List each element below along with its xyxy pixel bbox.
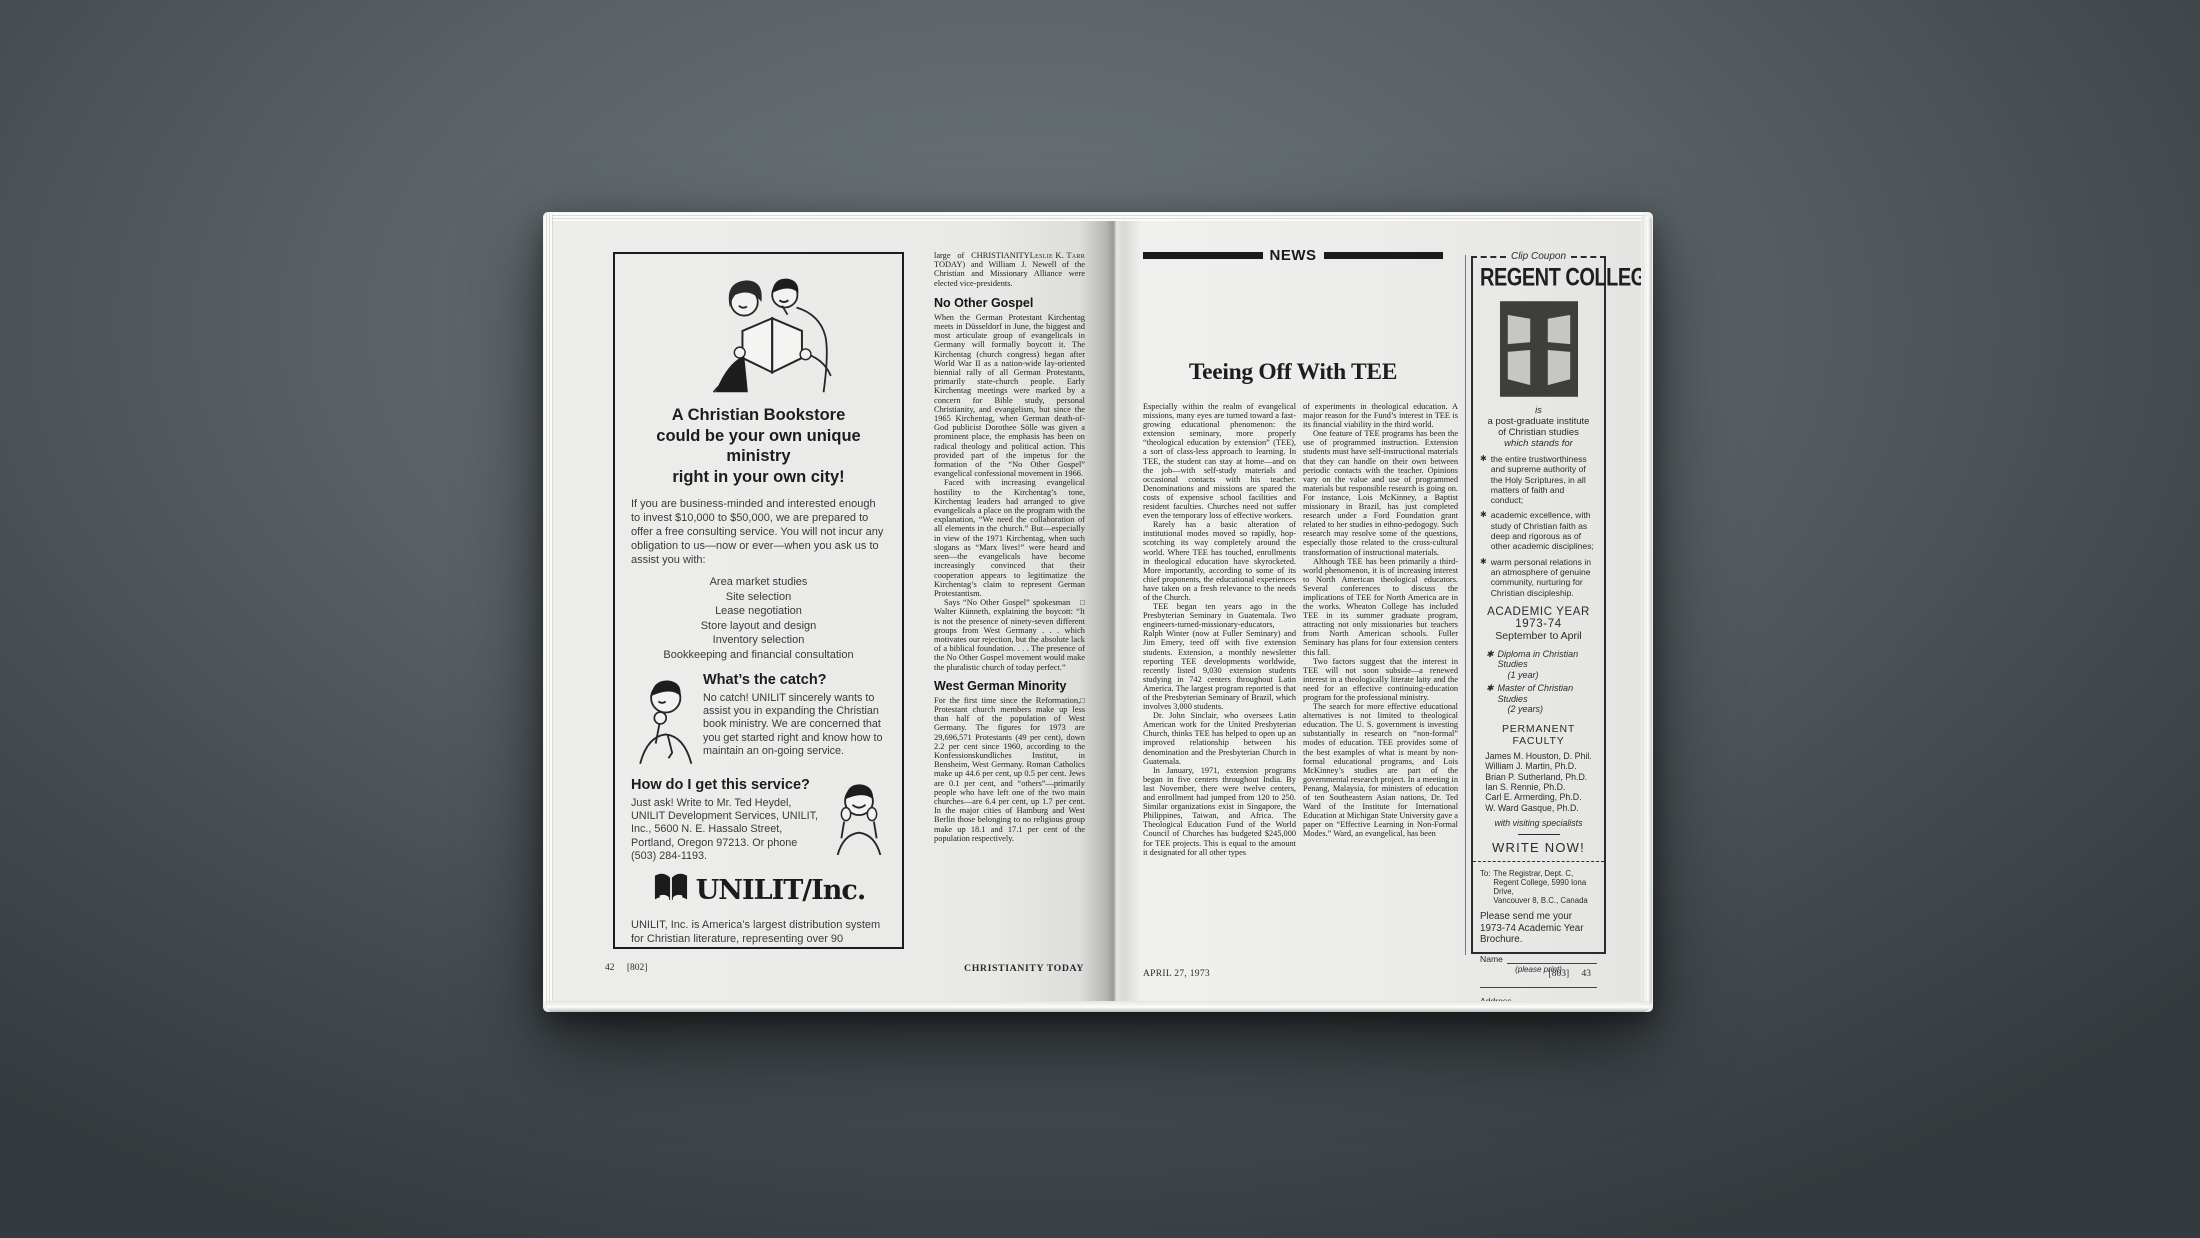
asterisk-star-icon: ✱ <box>1486 683 1494 715</box>
faculty-list: James M. Houston, D. Phil.William J. Mar… <box>1485 751 1592 813</box>
banner-bar-right <box>1324 252 1444 259</box>
end-of-article-box: □ <box>1070 598 1085 607</box>
ad-service-item: Inventory selection <box>631 633 886 648</box>
coupon-bullet-list: ✱ the entire trustworthiness and supreme… <box>1480 454 1597 598</box>
column-divider-rule <box>1465 255 1466 955</box>
program-list: ✱ Diploma in Christian Studies(1 year) ✱… <box>1480 649 1597 715</box>
open-book-logo-icon <box>652 871 690 910</box>
dashed-cut-line <box>1571 256 1606 258</box>
academic-year-dates: September to April <box>1480 630 1597 642</box>
regent-college-title: REGENT COLLEGE <box>1480 264 1597 293</box>
folio-number: [803] <box>1549 969 1570 979</box>
unilit-advertisement: A Christian Bookstorecould be your own u… <box>613 252 904 949</box>
section-heading-no-other-gospel: No Other Gospel <box>934 297 1085 310</box>
faculty-member: Brian P. Sutherland, Ph.D. <box>1485 772 1592 782</box>
news-banner-label: NEWS <box>1270 247 1317 264</box>
news-section-banner: NEWS <box>1143 247 1443 264</box>
ad-about-text: UNILIT, Inc. is America’s largest distri… <box>631 918 886 949</box>
right-page-footer: APRIL 27, 1973 [803] 43 <box>1143 969 1601 979</box>
address-line: Regent College, 5990 Iona Drive, <box>1493 878 1597 896</box>
ad-headline-line: right in your own city! <box>631 467 886 488</box>
regent-college-logo <box>1500 301 1578 402</box>
address-line: Vancouver 8, B.C., Canada <box>1493 896 1597 905</box>
page-number: 43 <box>1582 969 1592 979</box>
asterisk-star-icon: ✱ <box>1480 510 1487 551</box>
ad-catch-section: What’s the catch? No catch! UNILIT since… <box>631 672 886 769</box>
brochure-request-text: Please send me your 1973-74 Academic Yea… <box>1480 911 1597 946</box>
magazine-name: CHRISTIANITY TODAY <box>964 963 1084 974</box>
dashed-cut-line <box>1473 861 1604 862</box>
address-field-row: Address <box>1480 996 1597 1001</box>
article-paragraph: TEE began ten years ago in the Presbyter… <box>1143 602 1296 711</box>
address-line: The Registrar, Dept. C, <box>1493 869 1597 878</box>
academic-year-heading: ACADEMIC YEAR 1973-74 <box>1480 606 1597 630</box>
name-label: Name <box>1480 954 1503 964</box>
article-column-1: Especially within the realm of evangelic… <box>1143 402 1296 964</box>
coupon-subtitle-line: a post-graduate institute <box>1480 416 1597 427</box>
ad-headline: A Christian Bookstorecould be your own u… <box>631 405 886 487</box>
ad-service-item: Lease negotiation <box>631 604 886 619</box>
news-paragraph: When the German Protestant Kirchentag me… <box>934 313 1085 479</box>
ad-how-heading: How do I get this service? <box>631 777 824 793</box>
issue-date: APRIL 27, 1973 <box>1143 969 1210 979</box>
asterisk-star-icon: ✱ <box>1486 649 1494 681</box>
ad-intro-text: If you are business-minded and intereste… <box>631 497 886 567</box>
banner-bar-left <box>1143 252 1263 259</box>
photo-background: A Christian Bookstorecould be your own u… <box>0 0 2200 1238</box>
mailing-address-block: To: The Registrar, Dept. C,Regent Colleg… <box>1480 869 1597 905</box>
asterisk-star-icon: ✱ <box>1480 557 1487 598</box>
ad-catch-body: No catch! UNILIT sincerely wants to assi… <box>703 692 886 758</box>
ad-service-item: Store layout and design <box>631 619 886 634</box>
article-paragraph: Rarely has a basic alteration of institu… <box>1143 520 1296 602</box>
ad-service-item: Site selection <box>631 590 886 605</box>
news-paragraph: □ For the first time since the Reformati… <box>934 696 1085 843</box>
article-paragraph: Dr. John Sinclair, who oversees Latin Am… <box>1143 711 1296 766</box>
page-right: NEWS Teeing Off With TEE Especially with… <box>1114 221 1641 1001</box>
article-paragraph: One feature of TEE programs has been the… <box>1303 429 1458 556</box>
coupon-subtitle-line: which stands for <box>1480 438 1597 449</box>
article-paragraph: The search for more effective educationa… <box>1303 702 1458 838</box>
faculty-member: William J. Martin, Ph.D. <box>1485 761 1592 771</box>
page-number: 42 <box>605 963 615 973</box>
open-spread: A Christian Bookstorecould be your own u… <box>553 221 1641 1001</box>
faculty-member: James M. Houston, D. Phil. <box>1485 751 1592 761</box>
faculty-member: W. Ward Gasque, Ph.D. <box>1485 803 1592 813</box>
faculty-heading: PERMANENT FACULTY <box>1480 723 1597 747</box>
dashed-cut-line <box>1471 256 1506 258</box>
name-field-row: Name <box>1480 954 1597 964</box>
magazine-spread: A Christian Bookstorecould be your own u… <box>543 212 1653 1012</box>
faculty-member: Carl E. Armerding, Ph.D. <box>1485 792 1592 802</box>
to-label: To: <box>1480 869 1490 905</box>
article-paragraph: In January, 1971, extension programs beg… <box>1143 766 1296 857</box>
clip-coupon-header: Clip Coupon <box>1471 251 1606 262</box>
faculty-member: Ian S. Rennie, Ph.D. <box>1485 782 1592 792</box>
coupon-is-word: is <box>1480 406 1597 416</box>
article-paragraph: of experiments in theological education.… <box>1303 402 1458 429</box>
asterisk-star-icon: ✱ <box>1480 454 1487 505</box>
address-label: Address <box>1480 996 1512 1001</box>
section-no-other-gospel: When the German Protestant Kirchentag me… <box>934 313 1085 672</box>
couple-reading-illustration <box>661 266 886 399</box>
unilit-logo-text: UNILIT/Inc. <box>696 875 866 906</box>
folio-number: [802] <box>627 963 648 973</box>
page-stack-edge-right <box>1642 216 1652 1006</box>
page-stack-edge-bottom <box>547 1001 1649 1012</box>
page-stack-edge-left <box>544 214 553 1004</box>
end-of-article-box: □ <box>1080 696 1085 705</box>
regent-college-coupon: Clip Coupon REGENT COLLEGE is <box>1471 257 1606 954</box>
article-paragraph: Although TEE has been primarily a third-… <box>1303 557 1458 657</box>
coupon-subtitle-line: of Christian studies <box>1480 427 1597 438</box>
ad-service-item: Bookkeeping and financial consultation <box>631 648 886 663</box>
article-column-2: of experiments in theological education.… <box>1303 402 1458 964</box>
clip-coupon-label: Clip Coupon <box>1511 251 1566 262</box>
news-paragraph: □ Says “No Other Gospel” spokesman Walte… <box>934 598 1085 672</box>
name-write-in-line <box>1507 954 1597 964</box>
program-item: ✱ Diploma in Christian Studies(1 year) <box>1486 649 1597 681</box>
section-west-german-minority: □ For the first time since the Reformati… <box>934 696 1085 843</box>
article-paragraph: Two factors suggest that the interest in… <box>1303 657 1458 702</box>
coupon-bullet: ✱ the entire trustworthiness and supreme… <box>1480 454 1597 505</box>
program-item: ✱ Master of Christian Studies(2 years) <box>1486 683 1597 715</box>
news-paragraph: Faced with increasing evangelical hostil… <box>934 478 1085 598</box>
smiling-man-illustration <box>832 777 886 863</box>
ad-services-list: Area market studiesSite selectionLease n… <box>631 575 886 662</box>
continued-paragraph: Leslie K. Tarr large of CHRISTIANITY TOD… <box>934 251 1085 288</box>
ad-catch-heading: What’s the catch? <box>703 672 886 688</box>
ad-headline-line: could be your own unique ministry <box>631 426 886 467</box>
coupon-bullet: ✱ academic excellence, with study of Chr… <box>1480 510 1597 551</box>
ad-how-section: How do I get this service? Just ask! Wri… <box>631 777 886 863</box>
byline: Leslie K. Tarr <box>1030 251 1085 260</box>
page-left: A Christian Bookstorecould be your own u… <box>553 221 1114 1001</box>
coupon-bullet: ✱ warm personal relations in an atmosphe… <box>1480 557 1597 598</box>
write-now-heading: WRITE NOW! <box>1480 840 1597 855</box>
short-rule <box>1518 834 1560 835</box>
unilit-logo: UNILIT/Inc. <box>631 871 886 910</box>
news-column-continued: Leslie K. Tarr large of CHRISTIANITY TOD… <box>934 251 1085 951</box>
ad-headline-line: A Christian Bookstore <box>631 405 886 426</box>
visiting-specialists-note: with visiting specialists <box>1480 818 1597 828</box>
article-paragraph: Especially within the realm of evangelic… <box>1143 402 1296 520</box>
article-title: Teeing Off With TEE <box>1128 359 1458 386</box>
address-write-in-line <box>1516 996 1597 1001</box>
ad-how-body: Just ask! Write to Mr. Ted Heydel, UNILI… <box>631 797 824 863</box>
thinking-man-illustration <box>631 672 695 769</box>
left-page-footer: 42 [802] CHRISTIANITY TODAY <box>605 963 1084 974</box>
ad-service-item: Area market studies <box>631 575 886 590</box>
section-heading-west-german-minority: West German Minority <box>934 680 1085 693</box>
